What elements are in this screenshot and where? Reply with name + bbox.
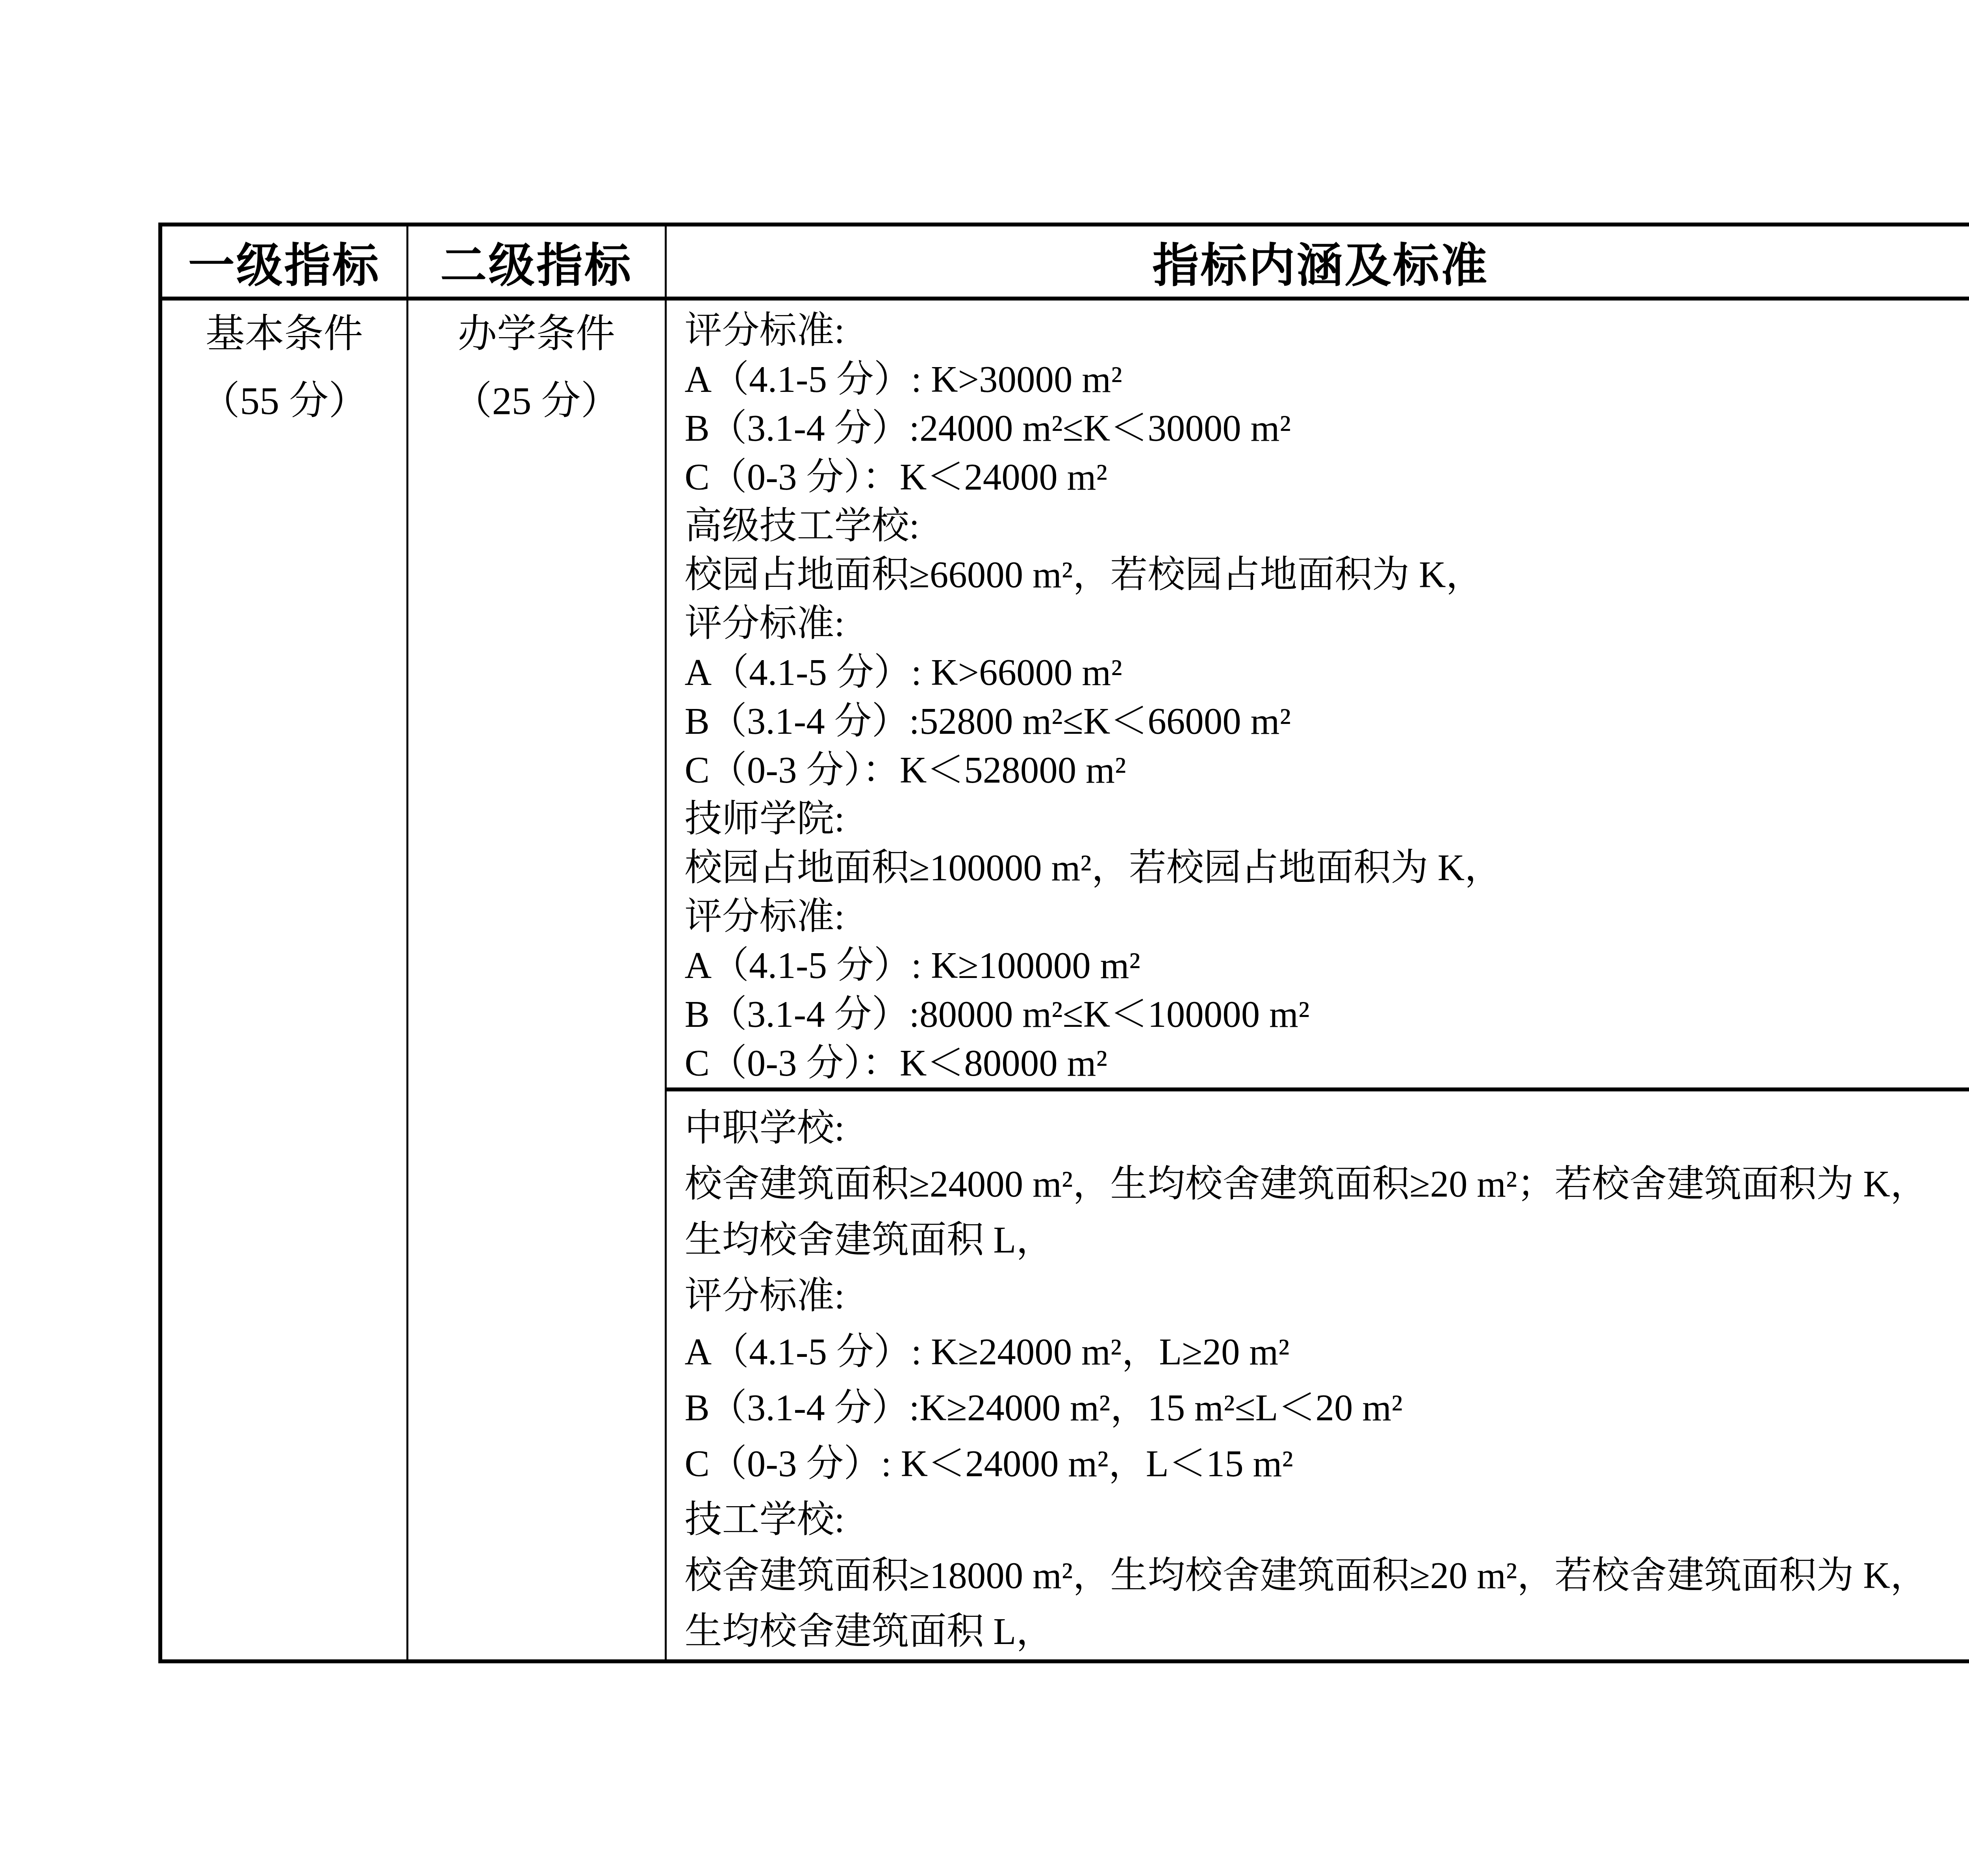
text-line: C（0-3 分）：K＜24000 m²: [685, 453, 1963, 501]
text-line: B（3.1-4 分）:52800 m²≤K＜66000 m²: [685, 697, 1963, 746]
text-line: 校舍建筑面积≥18000 m²，生均校舍建筑面积≥20 m²，若校舍建筑面积为 …: [685, 1548, 1963, 1603]
header-level1-indicator: 一级指标: [160, 225, 407, 299]
table-row: 基本条件（55 分） 办学条件（25 分） 评分标准:A（4.1-5 分）: K…: [160, 299, 1969, 1089]
indicator-evaluation-table: 一级指标 二级指标 指标内涵及标准 支撑材料 备注 基本条件（55 分） 办学条…: [158, 223, 1969, 1663]
text-line: 基本条件: [162, 301, 406, 367]
text-line: A（4.1-5 分）: K>66000 m²: [685, 648, 1963, 697]
text-line: 生均校舍建筑面积 L，: [685, 1603, 1963, 1659]
text-line: （55 分）: [162, 367, 406, 434]
text-line: （25 分）: [408, 367, 665, 434]
text-line: 技师学院:: [685, 794, 1963, 843]
header-level2-indicator: 二级指标: [407, 225, 666, 299]
text-line: C（0-3 分）：K＜80000 m²: [685, 1039, 1963, 1087]
level2-indicator-text: 办学条件（25 分）: [408, 301, 665, 434]
document-page: 一级指标 二级指标 指标内涵及标准 支撑材料 备注 基本条件（55 分） 办学条…: [0, 0, 1969, 1876]
level1-indicator-text: 基本条件（55 分）: [162, 301, 406, 434]
campus-area-standard-text: 评分标准:A（4.1-5 分）: K>30000 m²B（3.1-4 分）:24…: [667, 301, 1969, 1087]
cell-level1-indicator: 基本条件（55 分）: [160, 299, 407, 1661]
text-line: 评分标准:: [685, 892, 1963, 941]
cell-standard-campus-area: 评分标准:A（4.1-5 分）: K>30000 m²B（3.1-4 分）:24…: [666, 299, 1969, 1089]
cell-standard-building-area: 中职学校:校舍建筑面积≥24000 m²，生均校舍建筑面积≥20 m²；若校舍建…: [666, 1089, 1969, 1661]
text-line: A（4.1-5 分）: K>30000 m²: [685, 355, 1963, 404]
text-line: 评分标准:: [685, 599, 1963, 648]
text-line: 技工学校:: [685, 1492, 1963, 1548]
text-line: 评分标准:: [685, 306, 1963, 355]
text-line: A（4.1-5 分）: K≥24000 m²，L≥20 m²: [685, 1324, 1963, 1380]
text-line: 校舍建筑面积≥24000 m²，生均校舍建筑面积≥20 m²；若校舍建筑面积为 …: [685, 1156, 1963, 1212]
text-line: C（0-3 分）: K＜24000 m²，L＜15 m²: [685, 1436, 1963, 1492]
text-line: 校园占地面积≥100000 m²，若校园占地面积为 K，: [685, 843, 1963, 892]
text-line: B（3.1-4 分）:24000 m²≤K＜30000 m²: [685, 404, 1963, 453]
text-line: C（0-3 分）：K＜528000 m²: [685, 746, 1963, 794]
building-area-standard-text: 中职学校:校舍建筑面积≥24000 m²，生均校舍建筑面积≥20 m²；若校舍建…: [667, 1091, 1969, 1659]
text-line: 办学条件: [408, 301, 665, 367]
cell-level2-indicator: 办学条件（25 分）: [407, 299, 666, 1661]
text-line: 评分标准:: [685, 1268, 1963, 1324]
header-indicator-content: 指标内涵及标准: [666, 225, 1969, 299]
text-line: 生均校舍建筑面积 L，: [685, 1212, 1963, 1268]
text-line: 校园占地面积≥66000 m²，若校园占地面积为 K，: [685, 550, 1963, 599]
text-line: 高级技工学校:: [685, 501, 1963, 550]
text-line: A（4.1-5 分）: K≥100000 m²: [685, 941, 1963, 990]
text-line: 中职学校:: [685, 1100, 1963, 1156]
text-line: B（3.1-4 分）:80000 m²≤K＜100000 m²: [685, 990, 1963, 1039]
table-header-row: 一级指标 二级指标 指标内涵及标准 支撑材料 备注: [160, 225, 1969, 299]
text-line: B（3.1-4 分）:K≥24000 m²，15 m²≤L＜20 m²: [685, 1380, 1963, 1436]
